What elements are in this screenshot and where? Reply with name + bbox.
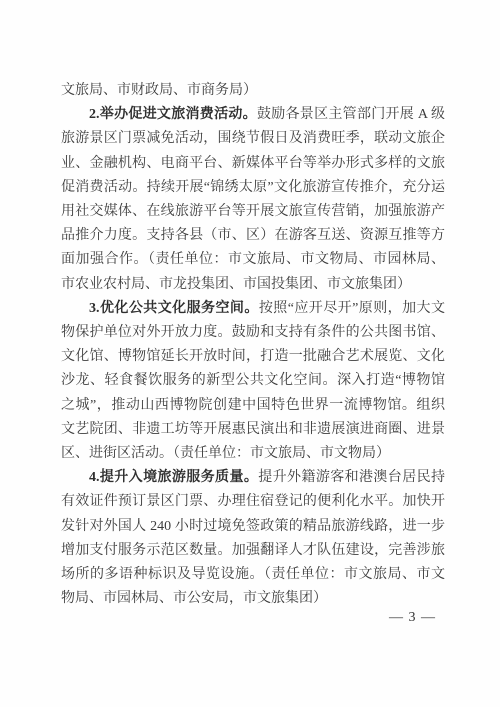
paragraph-4-body: 提升外籍游客和港澳台居民持有效证件预订景区门票、办理住宿登记的便利化水平。加快开… bbox=[61, 470, 445, 606]
paragraph-2-lead: 2.举办促进文旅消费活动。 bbox=[89, 107, 257, 122]
paragraph-2: 2.举办促进文旅消费活动。鼓励各景区主管部门开展 A 级旅游景区门票减免活动，围… bbox=[61, 103, 445, 297]
paragraph-3: 3.优化公共文化服务空间。按照“应开尽开”原则，加大文物保护单位对外开放力度。鼓… bbox=[61, 297, 445, 466]
paragraph-continuation: 文旅局、市财政局、市商务局） bbox=[61, 79, 445, 103]
paragraph-continuation-text: 文旅局、市财政局、市商务局） bbox=[61, 83, 257, 98]
paragraph-4: 4.提升入境旅游服务质量。提升外籍游客和港澳台居民持有效证件预订景区门票、办理住… bbox=[61, 466, 445, 611]
paragraph-2-body: 鼓励各景区主管部门开展 A 级旅游景区门票减免活动，围绕节假日及消费旺季，联动文… bbox=[61, 107, 445, 291]
document-body: 文旅局、市财政局、市商务局） 2.举办促进文旅消费活动。鼓励各景区主管部门开展 … bbox=[61, 79, 445, 611]
paragraph-3-body: 按照“应开尽开”原则，加大文物保护单位对外开放力度。鼓励和支持有条件的公共图书馆… bbox=[61, 301, 445, 461]
paragraph-3-lead: 3.优化公共文化服务空间。 bbox=[89, 301, 259, 316]
document-page: 文旅局、市财政局、市商务局） 2.举办促进文旅消费活动。鼓励各景区主管部门开展 … bbox=[0, 0, 500, 707]
paragraph-4-lead: 4.提升入境旅游服务质量。 bbox=[89, 470, 258, 485]
page-number: — 3 — bbox=[389, 610, 436, 626]
